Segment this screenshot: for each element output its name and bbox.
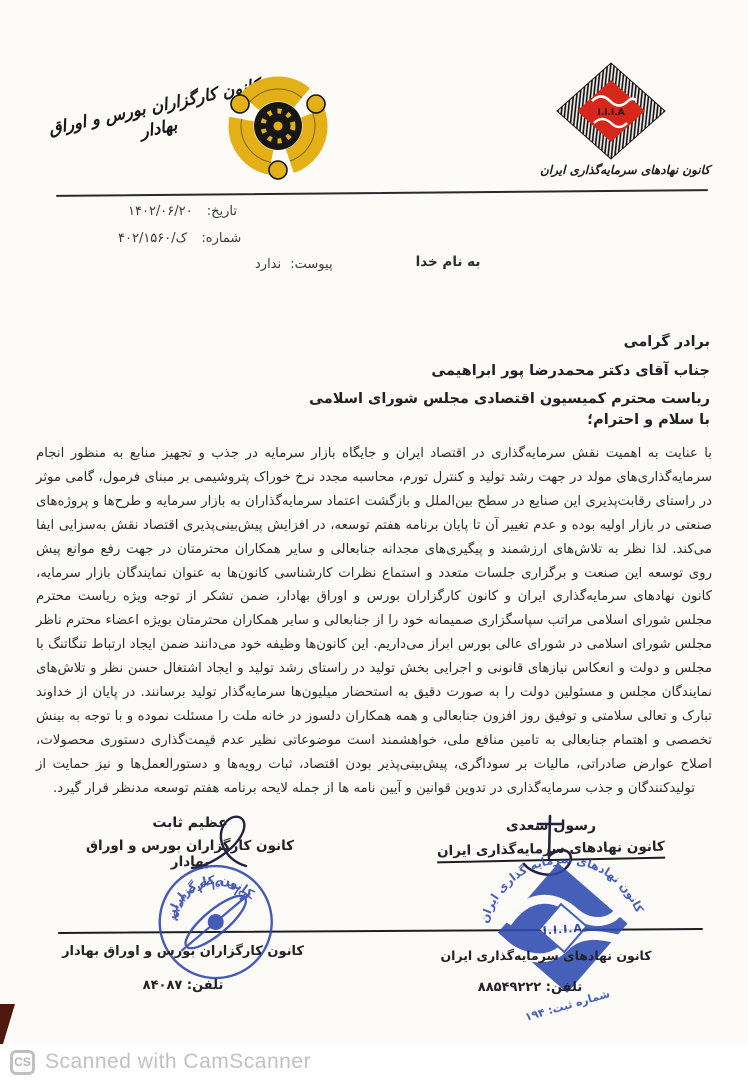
number-label: شماره: [201, 231, 241, 246]
signer-name-left: عظیم ثابت [66, 815, 314, 831]
footer-right-org: کانون نهادهای سرمایه‌گذاری ایران [418, 948, 674, 963]
svg-text:I.I.I.A: I.I.I.A [597, 108, 624, 118]
footer-right-phone: تلفن: ۸۸۵۴۹۲۲۲ [430, 980, 630, 995]
letter-body-paragraph: با عنایت به اهمیت نقش سرمایه‌گذاری در اق… [36, 442, 712, 801]
iiia-logo-caption: کانون نهادهای سرمایه‌گذاری ایران [530, 163, 720, 177]
letter-date-row: تاریخ: ۱۴۰۲/۰۶/۲۰ [128, 204, 237, 219]
recipient-block: برادر گرامی جناب آقای دکتر محمدرضا پور ا… [309, 328, 710, 414]
camscanner-watermark-text: Scanned with CamScanner [45, 1050, 311, 1074]
page-fold-corner [0, 1004, 15, 1045]
bismillah: به نام خدا [398, 254, 498, 270]
signer-name-right: رسول سعدی [420, 818, 682, 834]
camscanner-bar: CS Scanned with CamScanner [0, 1044, 748, 1080]
footer-left-org: کانون کارگزاران بورس و اوراق بهادار [60, 944, 306, 959]
attachment-value: ندارد [255, 257, 281, 272]
iiia-diamond-stamp: I.I.I.A کانون نهادهای سرمایه گذاری ایران… [450, 836, 676, 1028]
recipient-line-2: جناب آقای دکتر محمدرضا پور ابراهیمی [309, 357, 710, 386]
attachment-label: پیوست: [290, 257, 332, 272]
recipient-line-1: برادر گرامی [309, 328, 710, 357]
date-value: ۱۴۰۲/۰۶/۲۰ [128, 204, 193, 219]
scanned-letter-page: کانون کارگزاران بورس و اوراق بهادار I.I.… [0, 0, 748, 1080]
attachment-row: پیوست: ندارد [255, 257, 333, 272]
date-label: تاریخ: [207, 204, 237, 219]
salutation: با سلام و احترام؛ [587, 412, 710, 428]
header-divider [56, 189, 708, 197]
camscanner-icon: CS [10, 1050, 35, 1075]
letter-number-row: شماره: ۴۰۲/ک/۱۵۶۰ [118, 231, 241, 246]
iiia-association-logo-icon: I.I.I.A [552, 60, 670, 162]
footer-left-phone: تلفن: ۸۴۰۸۷ [60, 978, 306, 993]
recipient-line-3: ریاست محترم کمیسیون اقتصادی مجلس شورای ا… [309, 385, 710, 414]
brokers-association-emblem-icon [220, 68, 336, 186]
number-value: ۴۰۲/ک/۱۵۶۰ [118, 231, 187, 246]
